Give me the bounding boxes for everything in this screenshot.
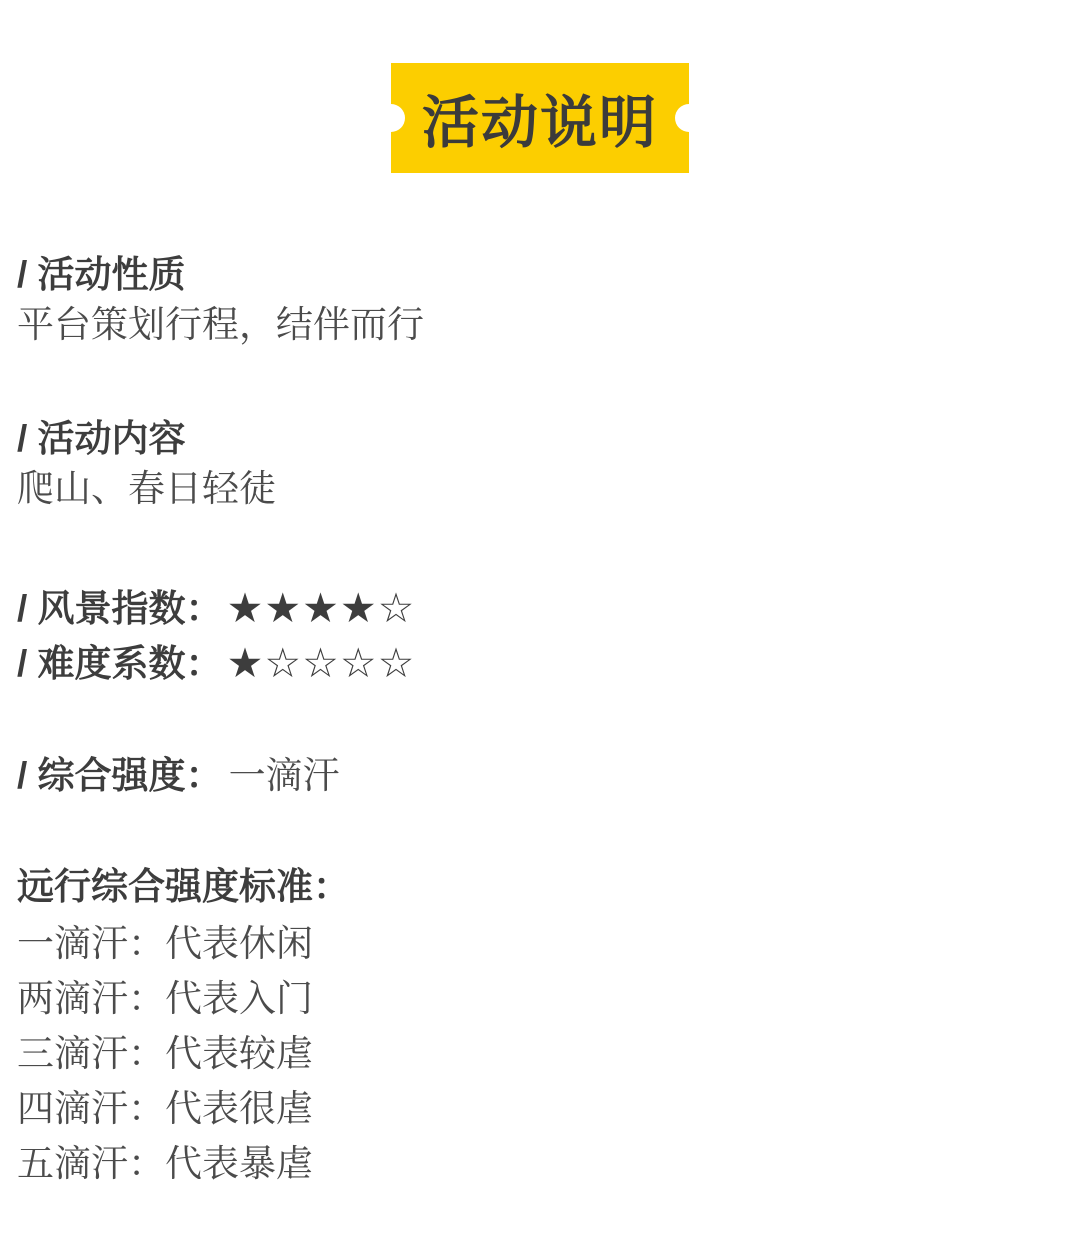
section-activity-content: / 活动内容 爬山、春日轻徒 <box>17 420 1063 507</box>
intensity-label: / 综合强度： <box>17 757 223 794</box>
ticket-notch-right-icon <box>675 104 703 132</box>
activity-content-header: / 活动内容 <box>17 420 1063 457</box>
difficulty-rating-line: / 难度系数： ★☆☆☆☆ <box>17 643 1063 683</box>
section-ratings: / 风景指数： ★★★★☆ / 难度系数： ★☆☆☆☆ <box>17 588 1063 683</box>
intensity-value: 一滴汗 <box>229 757 340 794</box>
scenery-rating-line: / 风景指数： ★★★★☆ <box>17 588 1063 628</box>
standard-item-2: 两滴汗：代表入门 <box>17 980 1063 1017</box>
scenery-rating-label: / 风景指数： <box>17 590 223 627</box>
activity-nature-body: 平台策划行程，结伴而行 <box>17 306 1063 343</box>
intensity-line: / 综合强度： 一滴汗 <box>17 755 1063 795</box>
scenery-rating-stars-icon: ★★★★☆ <box>227 588 416 629</box>
banner-row: 活动说明 <box>0 0 1080 173</box>
difficulty-rating-stars-icon: ★☆☆☆☆ <box>227 643 416 684</box>
standard-item-3: 三滴汗：代表较虐 <box>17 1035 1063 1072</box>
section-title-banner: 活动说明 <box>391 63 689 173</box>
section-intensity-standards: 远行综合强度标准： 一滴汗：代表休闲 两滴汗：代表入门 三滴汗：代表较虐 四滴汗… <box>17 868 1063 1182</box>
standards-heading: 远行综合强度标准： <box>17 868 1063 905</box>
page-title: 活动说明 <box>422 77 658 159</box>
standard-item-4: 四滴汗：代表很虐 <box>17 1090 1063 1127</box>
ticket-notch-left-icon <box>377 104 405 132</box>
standard-item-1: 一滴汗：代表休闲 <box>17 925 1063 962</box>
article-page: 活动说明 / 活动性质 平台策划行程，结伴而行 / 活动内容 爬山、春日轻徒 /… <box>0 0 1080 1233</box>
section-overall-intensity: / 综合强度： 一滴汗 <box>17 755 1063 795</box>
article-content: / 活动性质 平台策划行程，结伴而行 / 活动内容 爬山、春日轻徒 / 风景指数… <box>0 256 1080 1182</box>
standard-item-5: 五滴汗：代表暴虐 <box>17 1145 1063 1182</box>
activity-content-body: 爬山、春日轻徒 <box>17 470 1063 507</box>
activity-nature-header: / 活动性质 <box>17 256 1063 293</box>
difficulty-rating-label: / 难度系数： <box>17 645 223 682</box>
section-activity-nature: / 活动性质 平台策划行程，结伴而行 <box>17 256 1063 343</box>
